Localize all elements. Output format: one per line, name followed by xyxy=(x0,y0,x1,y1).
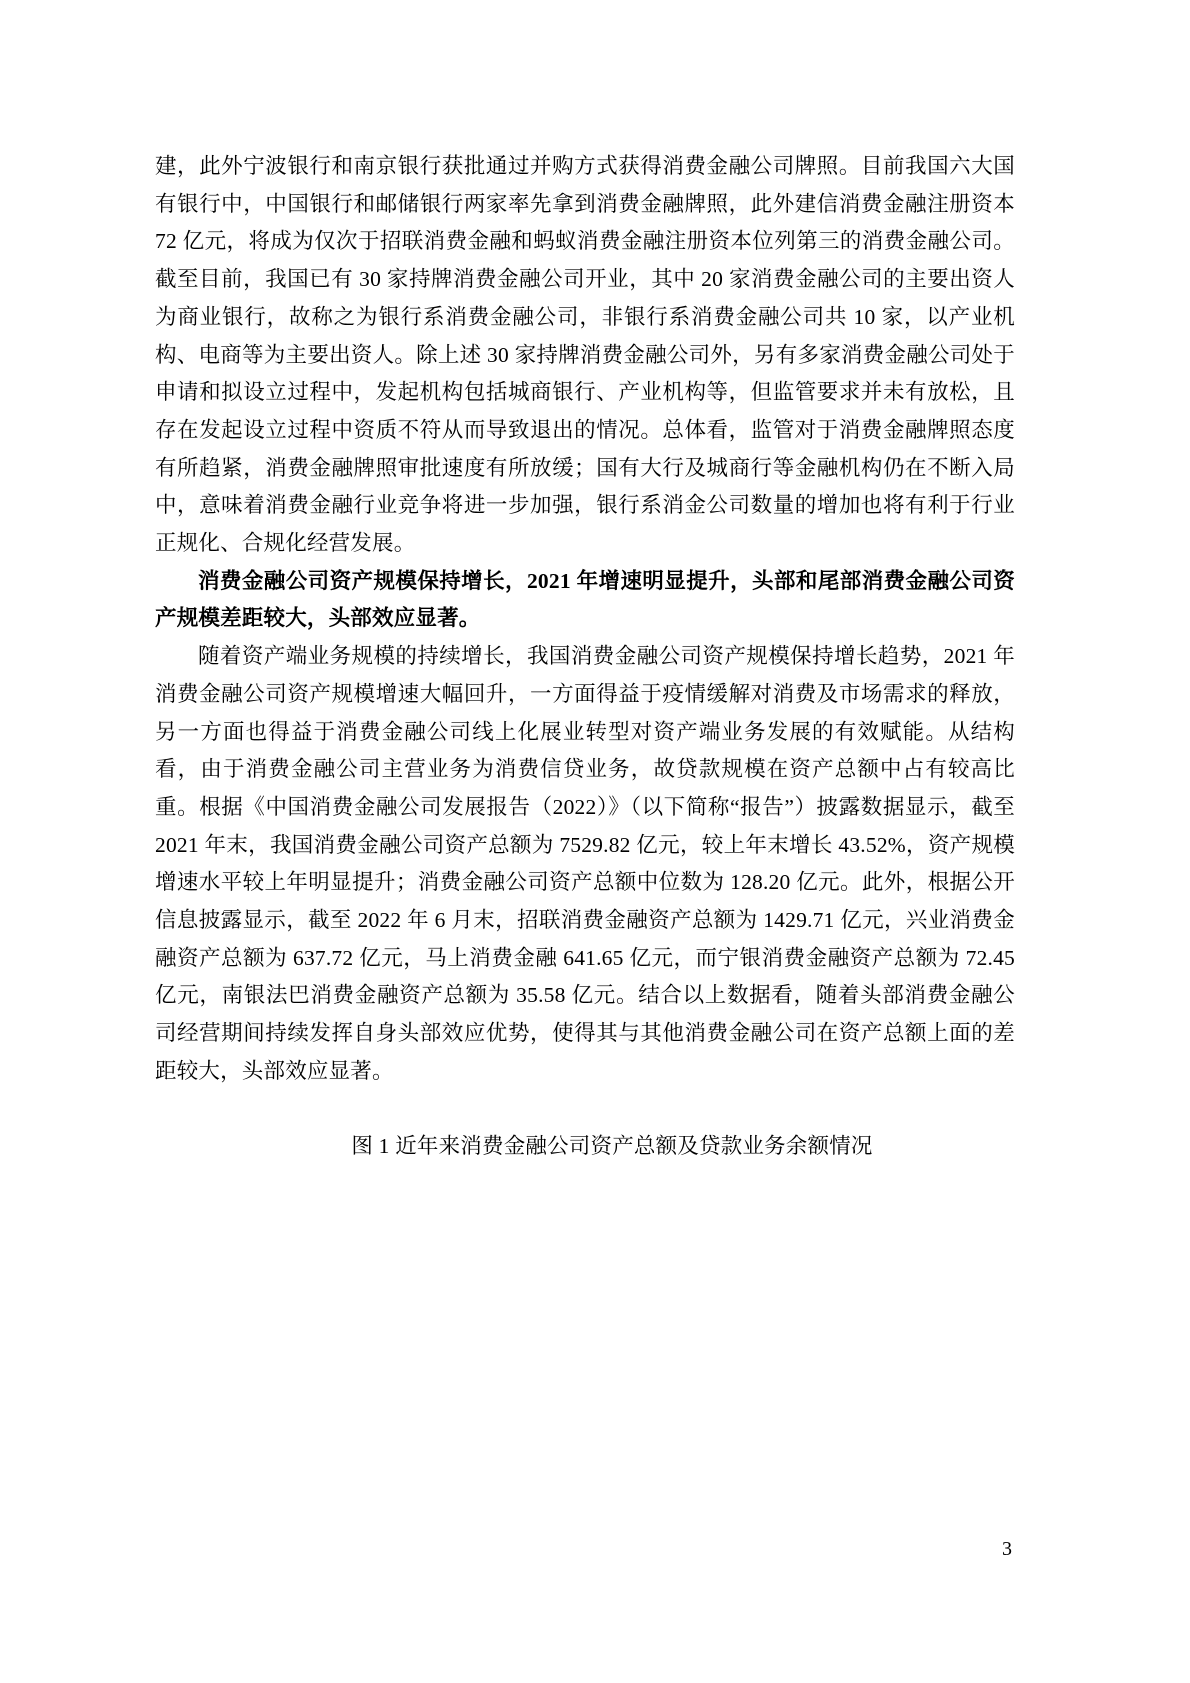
page-body: 建，此外宁波银行和南京银行获批通过并购方式获得消费金融公司牌照。目前我国六大国有… xyxy=(155,148,1015,1166)
page-number: 3 xyxy=(999,1537,1015,1561)
document-page: 建，此外宁波银行和南京银行获批通过并购方式获得消费金融公司牌照。目前我国六大国有… xyxy=(0,0,1190,1683)
bold-heading-asset-growth: 消费金融公司资产规模保持增长，2021 年增速明显提升，头部和尾部消费金融公司资… xyxy=(155,563,1015,638)
paragraph-continuation: 建，此外宁波银行和南京银行获批通过并购方式获得消费金融公司牌照。目前我国六大国有… xyxy=(155,148,1015,563)
paragraph-asset-scale: 随着资产端业务规模的持续增长，我国消费金融公司资产规模保持增长趋势，2021 年… xyxy=(155,638,1015,1090)
figure-1-caption: 图 1 近年来消费金融公司资产总额及贷款业务余额情况 xyxy=(155,1128,1015,1166)
